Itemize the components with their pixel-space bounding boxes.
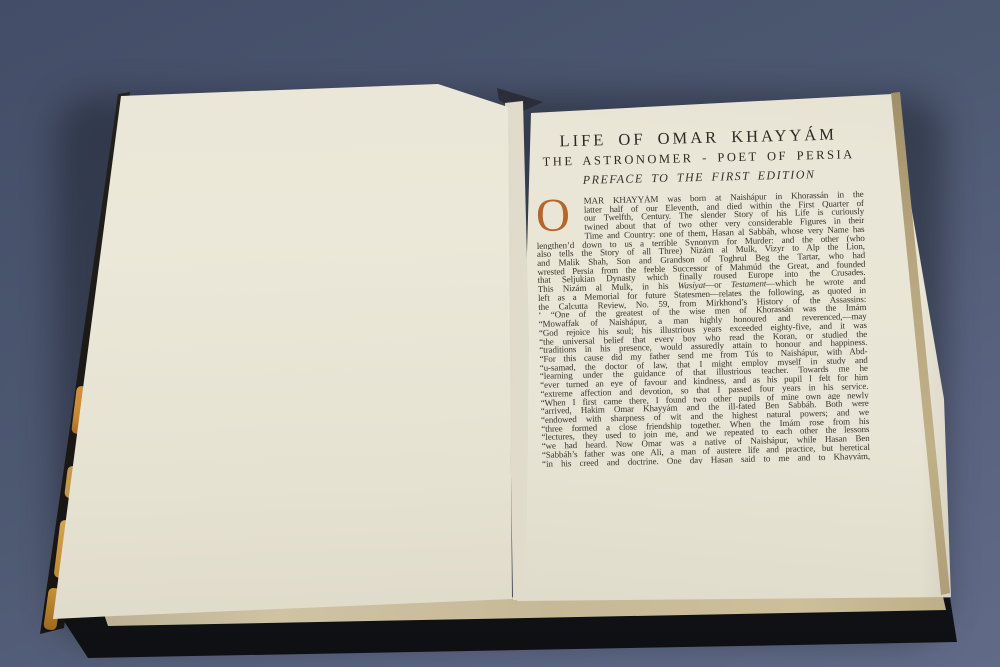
body-text: O MAR KHAYYÁM was born at Naishápur in K… (536, 190, 871, 468)
section-heading: PREFACE TO THE FIRST EDITION (535, 166, 863, 189)
drop-cap-initial: O (536, 198, 582, 234)
body-lines: MAR KHAYYÁM was born at Naishápur in Kho… (536, 190, 871, 468)
photo-background: LIFE OF OMAR KHAYYÁM THE ASTRONOMER - PO… (0, 0, 1000, 667)
right-page-content: LIFE OF OMAR KHAYYÁM THE ASTRONOMER - PO… (534, 124, 870, 468)
